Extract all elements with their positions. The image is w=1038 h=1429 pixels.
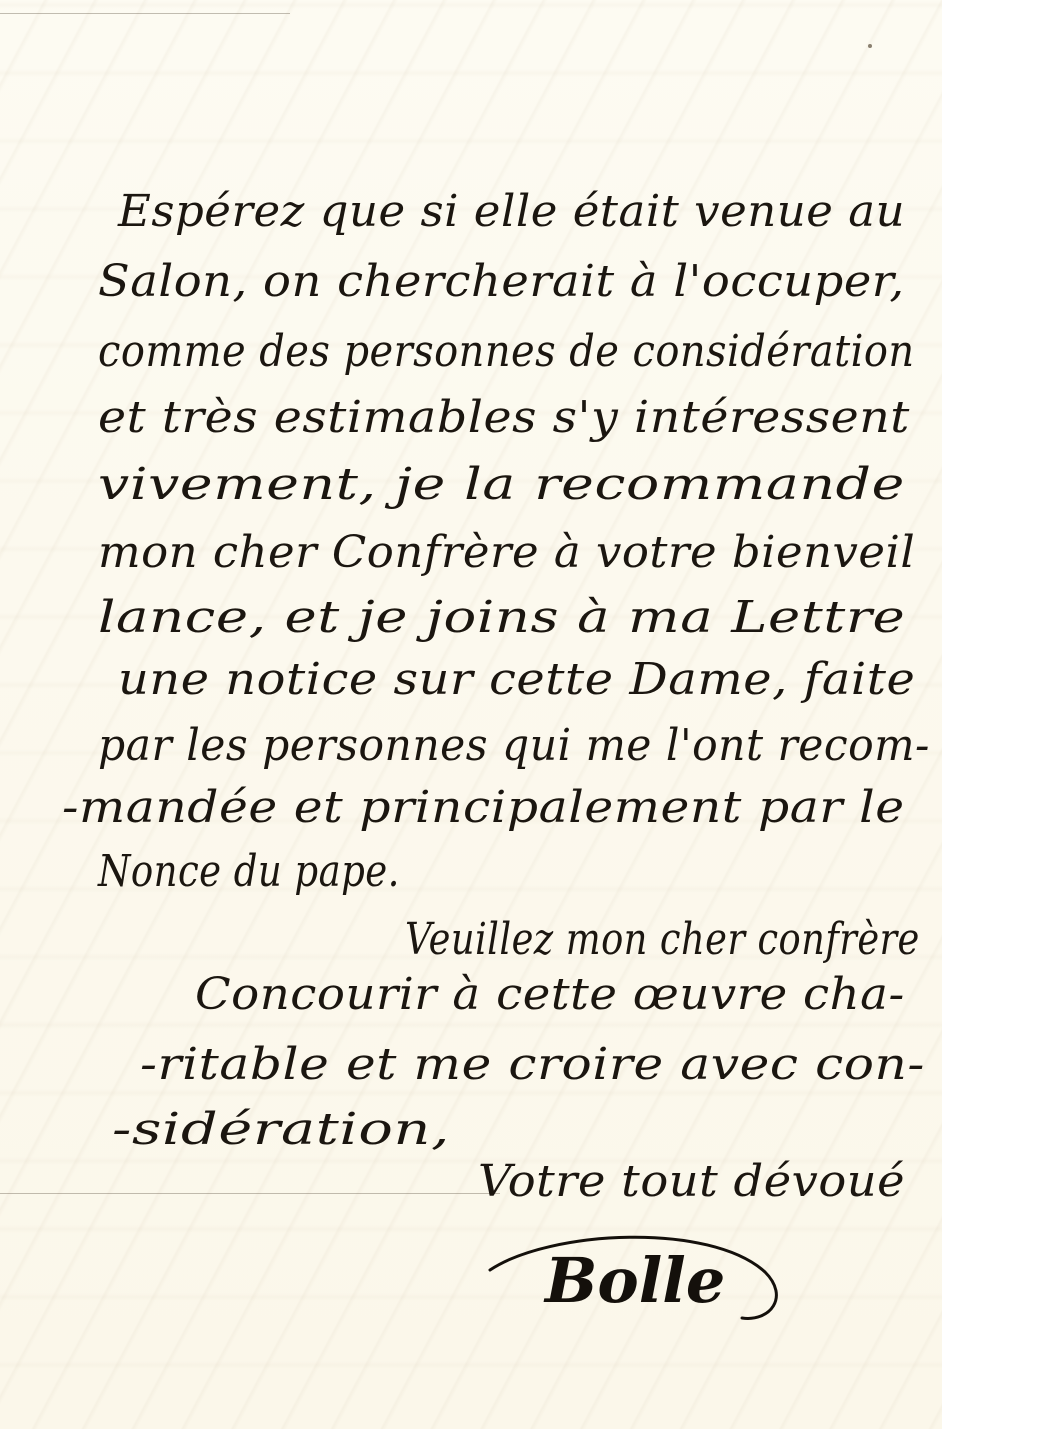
letter-line: Veuillez mon cher confrère	[405, 918, 920, 962]
letter-line: lance, et je joins à ma Lettre	[98, 596, 905, 640]
signature: Bolle	[545, 1250, 725, 1312]
letter-line: et très estimables s'y intéressent	[98, 396, 910, 440]
letter-body: Espérez que si elle était venue au Salon…	[0, 0, 942, 1429]
letter-line: par les personnes qui me l'ont recom-	[98, 724, 930, 768]
letter-line: mon cher Confrère à votre bienveil	[98, 531, 915, 575]
letter-line: une notice sur cette Dame, faite	[118, 658, 915, 702]
scanned-letter-page: Espérez que si elle était venue au Salon…	[0, 0, 1038, 1429]
letter-line: comme des personnes de considération	[98, 330, 915, 374]
letter-line: -sidération,	[112, 1108, 450, 1152]
letter-closing: Votre tout dévoué	[478, 1160, 905, 1204]
paper-sheet: Espérez que si elle était venue au Salon…	[0, 0, 942, 1429]
letter-line: -ritable et me croire avec con-	[140, 1043, 925, 1087]
letter-line: Salon, on chercherait à l'occuper,	[98, 260, 905, 304]
letter-line: Espérez que si elle était venue au	[118, 190, 905, 234]
letter-line: -mandée et principalement par le	[62, 786, 905, 830]
letter-line: Concourir à cette œuvre cha-	[195, 973, 905, 1017]
letter-line: vivement, je la recommande	[98, 463, 905, 507]
letter-line: Nonce du pape.	[98, 850, 400, 894]
